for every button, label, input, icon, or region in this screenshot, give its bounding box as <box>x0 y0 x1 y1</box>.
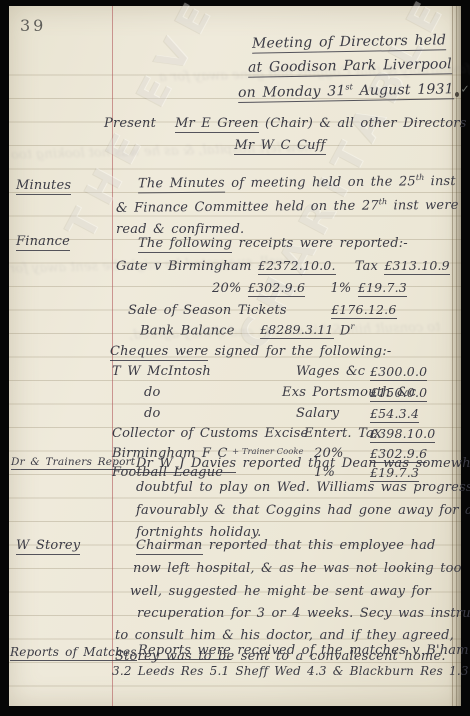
absent-director-name: Mr W C Cuff <box>234 138 325 155</box>
finance-intro-line: The following receipts were reported:- <box>138 236 408 251</box>
margin-heading-finance: Finance <box>16 234 70 249</box>
pct-label: 1% <box>330 281 351 296</box>
present-label: Present <box>104 116 156 131</box>
margin-heading-minutes: Minutes <box>16 178 71 193</box>
minute-book-page: THE EVERTON CHARITABLE TRUST now left ho… <box>9 6 461 706</box>
cheque-amount: £150.0.0 <box>370 385 427 402</box>
cheque-description: Wages &c <box>296 364 365 379</box>
scanned-minute-book-photo: THE EVERTON CHARITABLE TRUST now left ho… <box>0 0 470 716</box>
receipt-label: Bank Balance <box>140 323 235 338</box>
heading-line-3: on Monday 31st August 1931 ✓ <box>238 80 470 101</box>
finance-text: The following <box>138 236 232 253</box>
pct-amount: £302.9.6 <box>248 280 305 297</box>
minutes-line-2: & Finance Committee held on the 27th ins… <box>116 197 459 216</box>
margin-heading-text: Reports of Matches <box>10 645 137 661</box>
page-edge-line <box>452 6 453 706</box>
minutes-line-1: The Minutes of meeting held on the 25th … <box>138 173 456 192</box>
cheque-row: T W McIntosh Wages &c £300.0.0 <box>112 364 458 384</box>
doctors-report-line-3: favourably & that Coggins had gone away … <box>136 503 470 518</box>
doctor-name: Dr W J Davies+ Trainer Cooke <box>136 456 236 473</box>
minutes-line-3: read & confirmed. <box>116 222 244 237</box>
pct-amount: £19.7.3 <box>358 280 407 297</box>
present-text: (Chair) & all other Directors except <box>259 116 470 131</box>
margin-heading-text: Minutes <box>16 178 71 195</box>
page-number: 39 <box>20 16 46 35</box>
chairman-name: Mr E Green <box>175 116 259 133</box>
heading-text: Meeting of Directors held <box>252 32 446 53</box>
cheque-amount: £300.0.0 <box>370 364 427 381</box>
margin-heading-storey: W Storey <box>16 538 80 553</box>
margin-heading-text: Finance <box>16 234 70 251</box>
finance-text: Cheques were <box>110 344 208 361</box>
cheque-amount: £398.10.0 <box>370 426 435 443</box>
matches-text: Reports were <box>138 643 231 660</box>
gate-receipt-line: Gate v Birmingham £2372.10.0. Tax £313.1… <box>116 258 450 274</box>
storey-line-5: to consult him & his doctor, and if they… <box>115 628 454 643</box>
bank-balance-amount: £8289.3.11 <box>260 322 334 339</box>
matches-scores-line: 3.2 Leeds Res 5.1 Sheff Wed 4.3 & Blackb… <box>112 664 469 678</box>
debit-mark: D <box>340 323 351 338</box>
matches-line-1: Reports were received of the matches v B… <box>138 643 469 658</box>
doctors-report-line-2: doubtful to play on Wed. Williams was pr… <box>136 480 470 495</box>
margin-heading-text: Dr & Trainers Report <box>11 456 135 470</box>
bank-balance-line: Bank Balance £8289.3.11 Dr <box>140 322 354 338</box>
pct-label: 20% <box>212 281 242 296</box>
cheque-description: Salary <box>296 406 339 421</box>
doctors-report-line-1: Dr W J Davies+ Trainer Cooke reported th… <box>136 456 470 471</box>
receipt-amount: £176.12.6 <box>331 302 396 319</box>
cheque-row: Collector of Customs Excise Entert. Tax … <box>112 426 458 446</box>
margin-heading-reports-of-matches: Reports of Matches <box>10 645 137 659</box>
receipt-label: Gate v Birmingham <box>116 259 252 274</box>
cheque-payee: Collector of Customs Excise <box>112 426 308 441</box>
heading-text: at Goodison Park Liverpool <box>248 56 452 78</box>
inserted-text: + Trainer Cooke <box>232 447 304 457</box>
heading-line-1: Meeting of Directors held <box>252 32 446 51</box>
storey-line-1: Chairman reported that this employee had <box>136 538 436 553</box>
cheque-payee: do <box>112 385 161 400</box>
heading-text: on Monday 31st August 1931 <box>238 81 454 103</box>
margin-heading-text: W Storey <box>16 538 80 555</box>
page-edge-shadow <box>449 6 461 706</box>
ordinal-superscript: th <box>379 197 387 206</box>
storey-line-4: recuperation for 3 or 4 weeks. Secy was … <box>137 606 470 621</box>
cheques-intro-line: Cheques were signed for the following:- <box>110 344 392 359</box>
absent-director-line: Mr W C Cuff <box>215 138 345 153</box>
cheque-row: do Exs Portsmouth &c £150.0.0 <box>112 385 458 405</box>
percentages-line: 20% £302.9.6 1% £19.7.3 <box>212 280 407 296</box>
margin-heading-doctors-report: Dr & Trainers Report <box>11 456 135 468</box>
cheque-row: do Salary £54.3.4 <box>112 406 458 426</box>
storey-line-2: now left hospital, & as he was not looki… <box>133 561 462 576</box>
checkmark-icon: ✓ <box>460 83 470 96</box>
debit-mark-superscript: r <box>351 322 355 331</box>
tax-label: Tax <box>355 259 378 274</box>
present-line: Present Mr E Green (Chair) & all other D… <box>104 116 470 131</box>
cheque-payee: do <box>112 406 161 421</box>
storey-line-3: well, suggested he might be sent away fo… <box>130 584 431 599</box>
cheque-payee: T W McIntosh <box>112 364 211 379</box>
tax-amount: £313.10.9 <box>384 258 449 275</box>
ordinal-superscript: st <box>345 82 352 91</box>
page-edge-line <box>456 6 457 706</box>
heading-line-2: at Goodison Park Liverpool <box>248 56 452 76</box>
receipt-label: Sale of Season Tickets <box>128 303 287 318</box>
season-tickets-line: Sale of Season Tickets £176.12.6 <box>128 302 397 318</box>
minutes-text: The Minutes <box>138 176 225 194</box>
cheque-amount: £54.3.4 <box>370 406 419 423</box>
storey-text: Chairman <box>136 538 203 555</box>
receipt-amount: £2372.10.0. <box>258 258 336 275</box>
